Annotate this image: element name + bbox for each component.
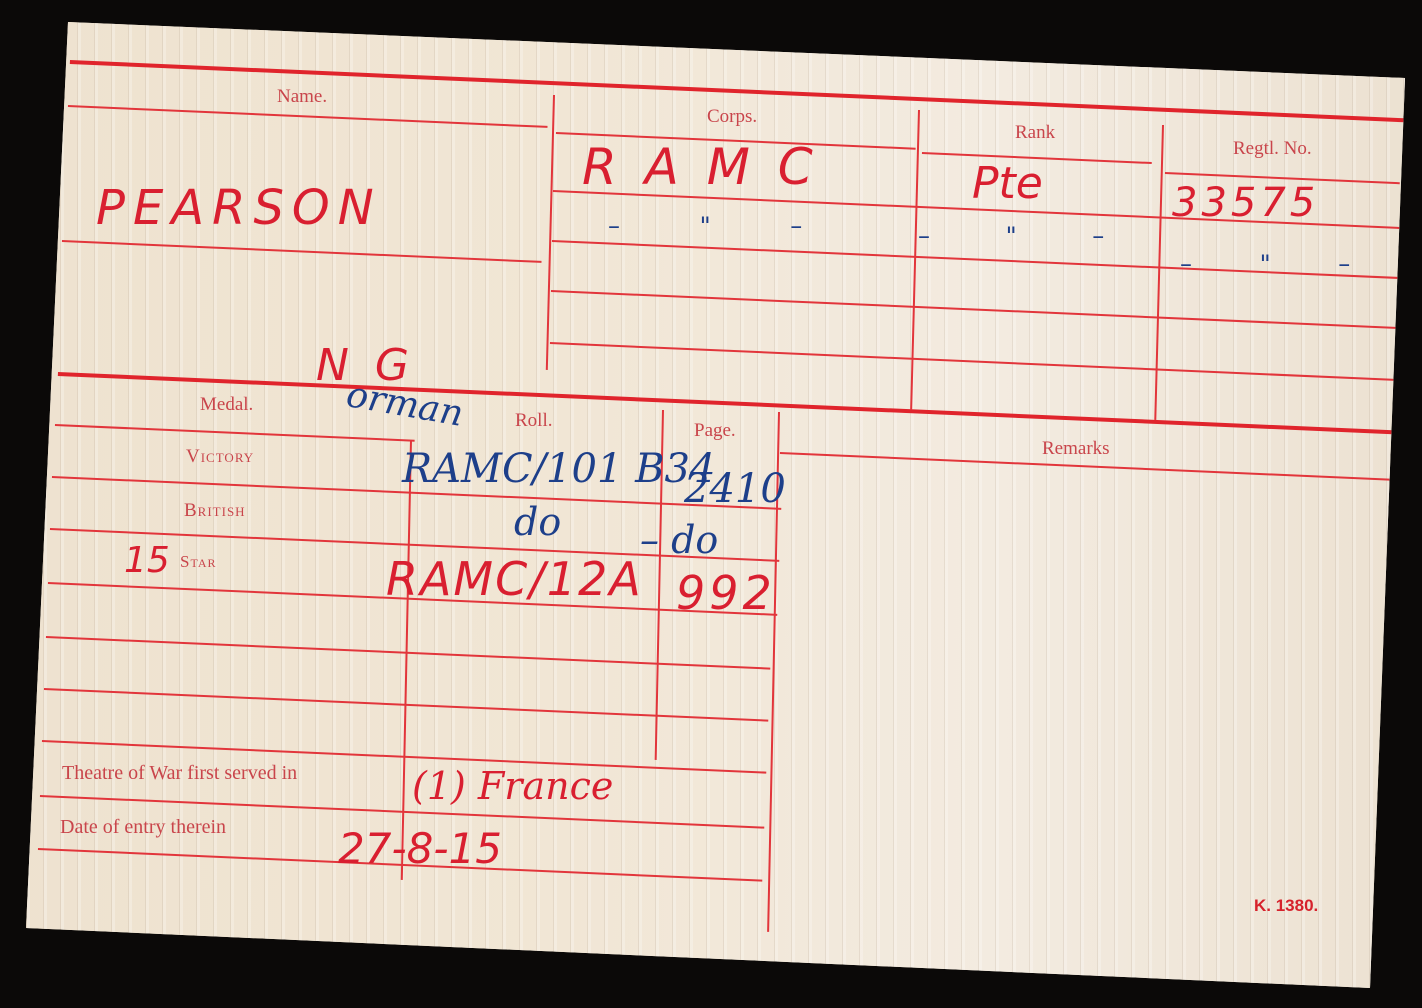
medal-label: Medal. [200, 394, 253, 416]
column-line [910, 110, 920, 410]
regt-no-ditto: – " – [1180, 250, 1380, 278]
medal-row-line [55, 424, 415, 442]
corps-label: Corps. [707, 106, 757, 128]
theatre-entry: (1) France [412, 764, 613, 808]
date-label: Date of entry therein [60, 816, 226, 839]
regt-no-label: Regtl. No. [1233, 138, 1312, 160]
rank-entry: Pte [972, 158, 1043, 209]
remarks-label: Remarks [1042, 438, 1110, 460]
column-line [546, 95, 555, 370]
corps-ditto: – " – [608, 212, 838, 240]
victory-roll-entry: RAMC/101 B34 [402, 446, 715, 492]
rank-ditto: – " – [918, 222, 1138, 250]
rank-label: Rank [1015, 122, 1055, 144]
medal-victory-label: Victory [186, 446, 254, 468]
medal-star-prefix: 15 [124, 540, 170, 581]
medal-index-card: Name. Corps. Rank Regtl. No. PEARSON N G… [0, 0, 1422, 1008]
grid-row-line [550, 342, 1399, 381]
regt-no-entry: 33575 [1172, 180, 1319, 226]
british-page-entry: – do [640, 518, 718, 562]
british-roll-entry: do [514, 500, 561, 544]
name-label: Name. [277, 86, 327, 108]
star-roll-entry: RAMC/12A [386, 552, 643, 606]
roll-label: Roll. [515, 410, 552, 432]
medal-star-label: Star [180, 552, 217, 572]
header-underline-name [68, 105, 548, 128]
page-label: Page. [694, 420, 736, 442]
surname-entry: PEARSON [96, 180, 382, 236]
corps-entry: R A M C [582, 138, 819, 196]
name-row-line [62, 240, 542, 263]
forename-annotation: orman [343, 374, 466, 435]
medal-row-line [46, 636, 770, 670]
star-page-entry: 992 [676, 566, 776, 620]
victory-page-entry: 2410 [684, 466, 786, 512]
grid-row-line [551, 290, 1400, 329]
theatre-label: Theatre of War first served in [62, 762, 297, 785]
date-entry: 27-8-15 [338, 824, 502, 873]
medal-british-label: British [184, 500, 246, 522]
form-number: K. 1380. [1254, 896, 1318, 916]
column-line [1154, 125, 1164, 420]
roll-column-line [401, 440, 412, 880]
